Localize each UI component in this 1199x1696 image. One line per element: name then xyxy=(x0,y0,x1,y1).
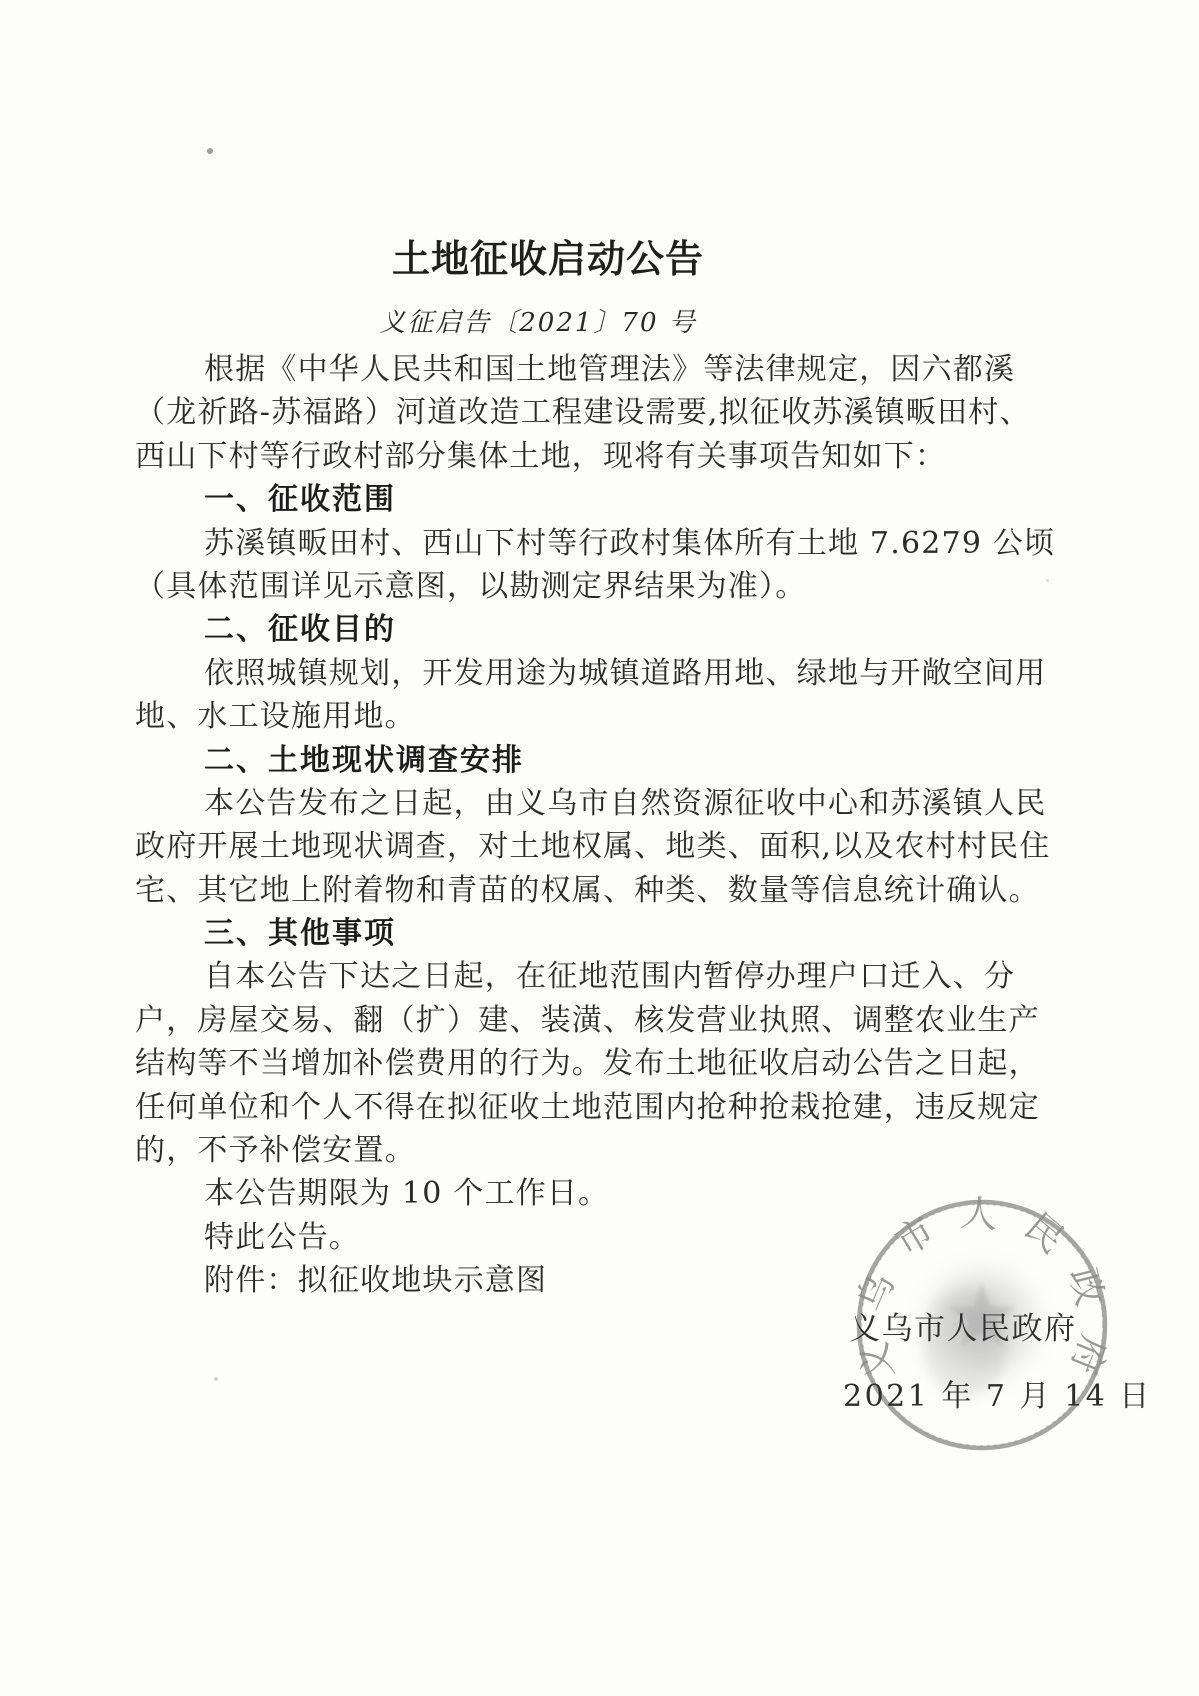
document-line: （龙祈路-苏福路）河道改造工程建设需要,拟征收苏溪镇畈田村、 xyxy=(135,391,1075,434)
document-line: 任何单位和个人不得在拟征收土地范围内抢种抢栽抢建，违反规定 xyxy=(135,1086,1075,1129)
section-heading: 一、征收范围 xyxy=(135,478,1075,521)
document-line: 西山下村等行政村部分集体土地，现将有关事项告知如下： xyxy=(135,435,1075,478)
document-line: 本公告发布之日起，由义乌市自然资源征收中心和苏溪镇人民 xyxy=(135,782,1075,825)
document-body: 根据《中华人民共和国土地管理法》等法律规定，因六都溪（龙祈路-苏福路）河道改造工… xyxy=(135,348,1075,1303)
scan-speck xyxy=(207,148,213,154)
document-line: 结构等不当增加补偿费用的行为。发布土地征收启动公告之日起， xyxy=(135,1042,1075,1085)
document-line: 自本公告下达之日起，在征地范围内暂停办理户口迁入、分 xyxy=(135,955,1075,998)
issue-date: 2021 年 7 月 14 日 xyxy=(843,1371,1152,1415)
section-heading: 三、其他事项 xyxy=(135,912,1075,955)
section-heading: 二、征收目的 xyxy=(135,608,1075,651)
announcement-document: 土地征收启动公告 义征启告〔2021〕70 号 根据《中华人民共和国土地管理法》… xyxy=(0,0,1199,1696)
document-line: 地、水工设施用地。 xyxy=(135,695,1075,738)
document-number: 义征启告〔2021〕70 号 xyxy=(379,302,697,339)
document-line: 苏溪镇畈田村、西山下村等行政村集体所有土地 7.6279 公顷 xyxy=(135,522,1075,565)
scan-speck xyxy=(1046,579,1049,582)
scan-speck xyxy=(214,1377,218,1381)
document-line: 政府开展土地现状调查，对土地权属、地类、面积,以及农村村民住 xyxy=(135,825,1075,868)
document-title: 土地征收启动公告 xyxy=(392,228,704,283)
document-line: 的，不予补偿安置。 xyxy=(135,1129,1075,1172)
issuer-signature: 义乌市人民政府 xyxy=(849,1303,1077,1348)
section-heading: 二、土地现状调查安排 xyxy=(135,739,1075,782)
document-line: 依照城镇规划，开发用途为城镇道路用地、绿地与开敞空间用 xyxy=(135,652,1075,695)
document-line: 户，房屋交易、翻（扩）建、装潢、核发营业执照、调整农业生产 xyxy=(135,999,1075,1042)
document-line: 宅、其它地上附着物和青苗的权属、种类、数量等信息统计确认。 xyxy=(135,869,1075,912)
document-line: 根据《中华人民共和国土地管理法》等法律规定，因六都溪 xyxy=(135,348,1075,391)
document-line: （具体范围详见示意图，以勘测定界结果为准）。 xyxy=(135,565,1075,608)
